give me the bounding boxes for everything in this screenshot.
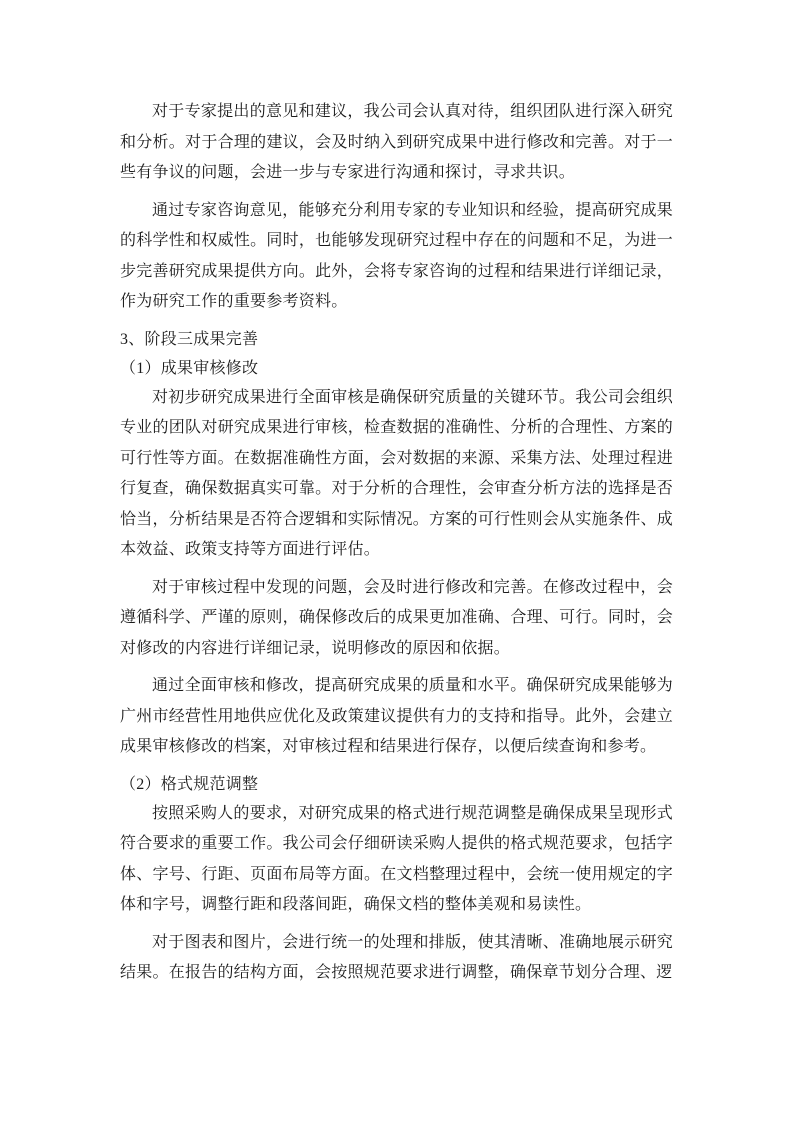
section-heading: （1）成果审核修改: [120, 354, 673, 383]
body-paragraph: 按照采购人的要求，对研究成果的格式进行规范调整是确保成果呈现形式符合要求的重要工…: [120, 799, 673, 921]
document-page: 对于专家提出的意见和建议，我公司会认真对待，组织团队进行深入研究和分析。对于合理…: [0, 0, 793, 1122]
document-body: 对于专家提出的意见和建议，我公司会认真对待，组织团队进行深入研究和分析。对于合理…: [120, 97, 673, 996]
section-heading: 3、阶段三成果完善: [120, 325, 673, 354]
body-paragraph: 对初步研究成果进行全面审核是确保研究质量的关键环节。我公司会组织专业的团队对研究…: [120, 383, 673, 566]
body-paragraph: 对于专家提出的意见和建议，我公司会认真对待，组织团队进行深入研究和分析。对于合理…: [120, 97, 673, 189]
body-paragraph: 对于审核过程中发现的问题，会及时进行修改和完善。在修改过程中，会遵循科学、严谨的…: [120, 573, 673, 665]
section-heading: （2）格式规范调整: [120, 770, 673, 799]
body-paragraph: 通过专家咨询意见，能够充分利用专家的专业知识和经验，提高研究成果的科学性和权威性…: [120, 196, 673, 318]
body-paragraph: 对于图表和图片，会进行统一的处理和排版，使其清晰、准确地展示研究结果。在报告的结…: [120, 928, 673, 989]
body-paragraph: 通过全面审核和修改，提高研究成果的质量和水平。确保研究成果能够为广州市经营性用地…: [120, 671, 673, 763]
